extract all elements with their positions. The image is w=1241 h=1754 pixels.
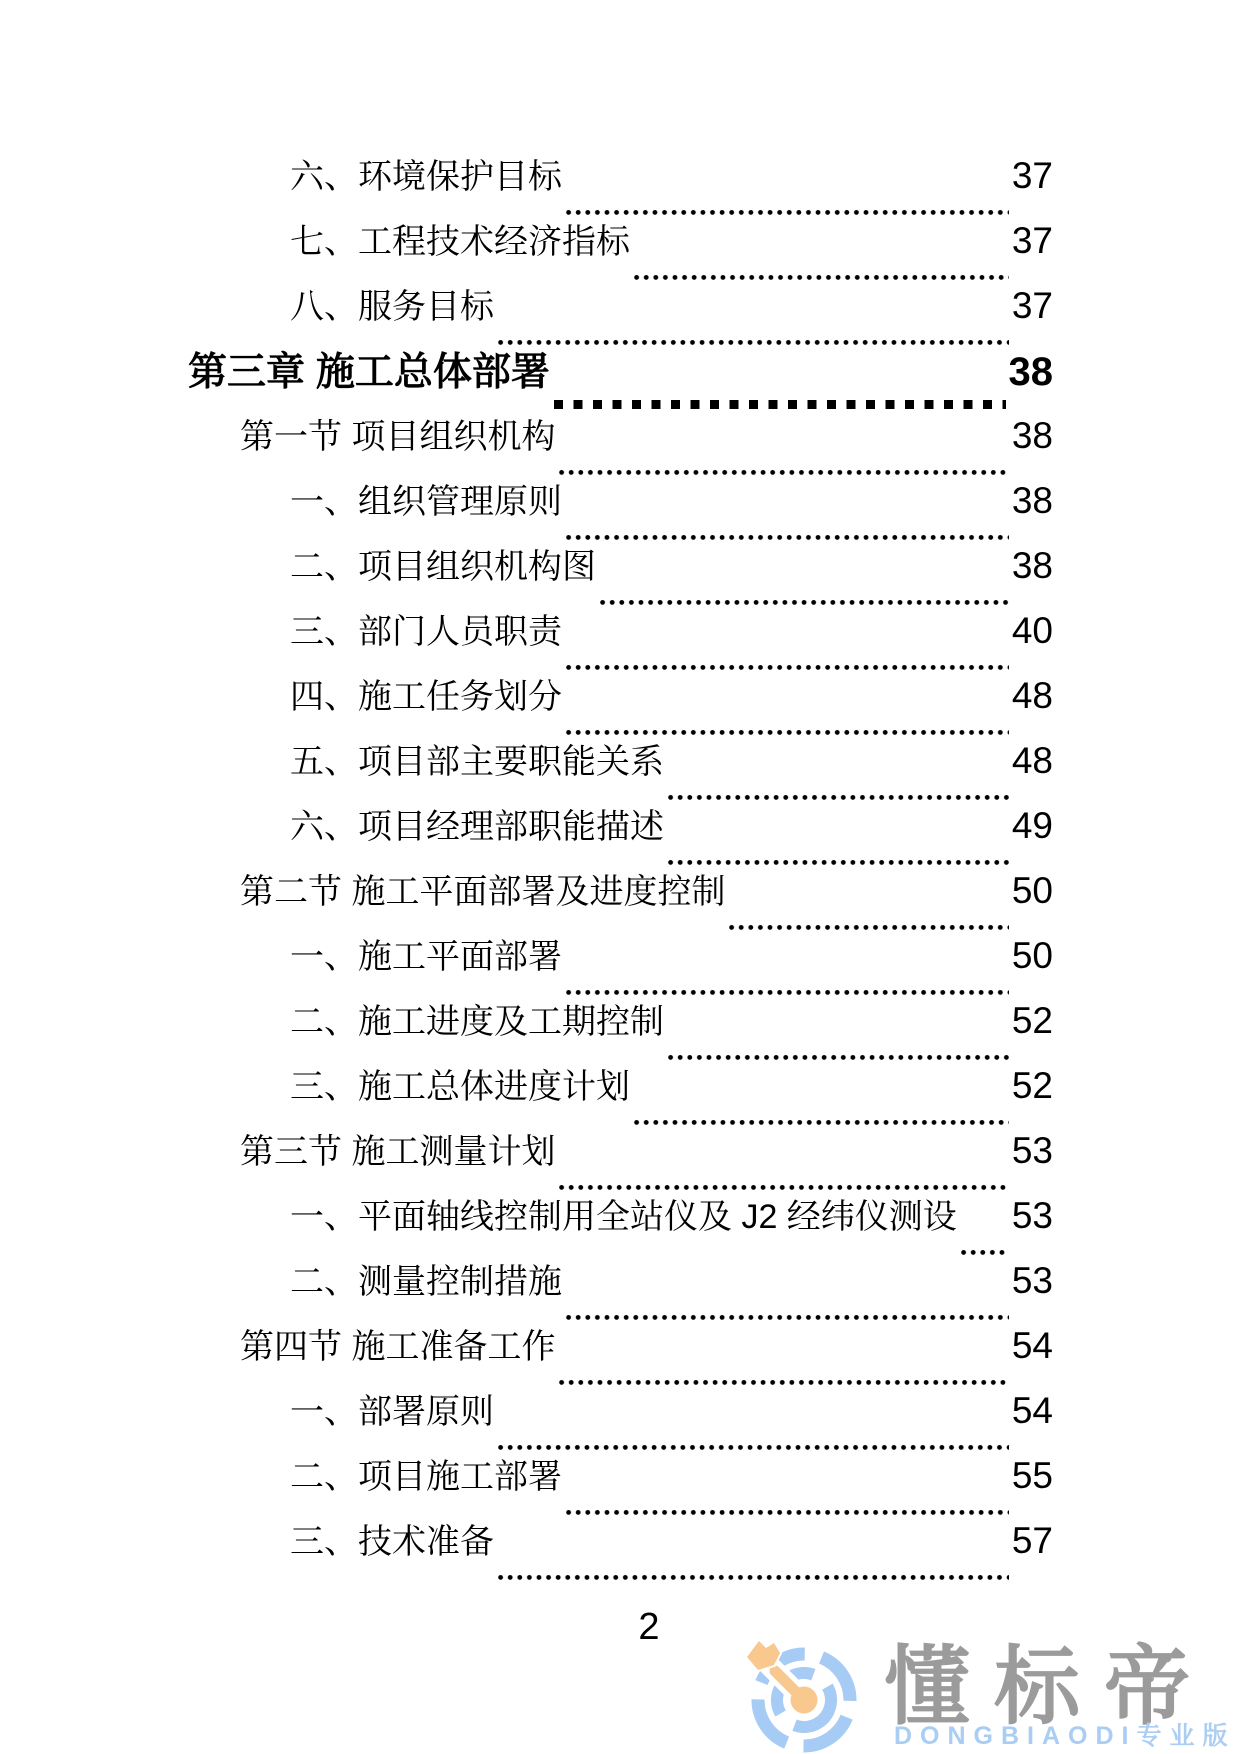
dot-leader (566, 209, 1009, 216)
toc-entry[interactable]: 一、施工平面部署 50 (188, 937, 1053, 1002)
dot-leader (668, 794, 1009, 801)
toc-entry-page-number: 50 (1012, 872, 1053, 909)
dot-leader (559, 469, 1008, 476)
toc-entry-label: 二、项目施工部署 (290, 1460, 562, 1494)
dot-leader (566, 729, 1009, 736)
toc-entry[interactable]: 一、部署原则 54 (188, 1392, 1053, 1457)
toc-entry-label: 第三章 施工总体部署 (188, 353, 550, 392)
toc-entry-label: 三、部门人员职责 (290, 615, 562, 649)
toc-entry-page-number: 54 (1012, 1392, 1053, 1429)
watermark-subtext: DONGBIAODI专业版 (894, 1724, 1236, 1749)
toc-entry[interactable]: 八、服务目标 37 (188, 287, 1053, 352)
toc-entry-page-number: 52 (1012, 1002, 1053, 1039)
toc-entry-page-number: 53 (1012, 1262, 1053, 1299)
toc-entry-page-number: 37 (1012, 287, 1053, 324)
toc-entry-page-number: 55 (1012, 1457, 1053, 1494)
dot-leader (498, 1444, 1009, 1451)
dot-leader (559, 1184, 1008, 1191)
dot-leader (566, 664, 1009, 671)
toc-entry[interactable]: 一、组织管理原则 38 (188, 482, 1053, 547)
toc-entry[interactable]: 一、平面轴线控制用全站仪及 J2 经纬仪测设 53 (188, 1197, 1053, 1262)
dot-leader (668, 859, 1009, 866)
toc-entry-label: 一、部署原则 (290, 1395, 494, 1429)
toc-entry-page-number: 38 (1009, 352, 1054, 392)
dot-leader (961, 1249, 1009, 1256)
toc-entry[interactable]: 六、环境保护目标 37 (188, 157, 1053, 222)
toc-entry-label: 一、组织管理原则 (290, 485, 562, 519)
toc-entry[interactable]: 二、项目组织机构图 38 (188, 547, 1053, 612)
dartboard-target-icon (744, 1640, 864, 1754)
dot-leader (566, 989, 1009, 996)
dot-leader (554, 400, 1006, 409)
toc-entry[interactable]: 第一节 项目组织机构 38 (188, 417, 1053, 482)
toc-entry-label: 三、施工总体进度计划 (290, 1070, 630, 1104)
toc-entry[interactable]: 三、施工总体进度计划 52 (188, 1067, 1053, 1132)
table-of-contents: 六、环境保护目标 37 七、工程技术经济指标 37 八、服务目标 37 第三章 … (188, 157, 1053, 1587)
toc-entry[interactable]: 第二节 施工平面部署及进度控制 50 (188, 872, 1053, 937)
toc-entry[interactable]: 二、施工进度及工期控制 52 (188, 1002, 1053, 1067)
toc-entry-page-number: 49 (1012, 807, 1053, 844)
dot-leader (634, 1119, 1009, 1126)
toc-entry-label: 二、测量控制措施 (290, 1265, 562, 1299)
dot-leader (600, 599, 1009, 606)
toc-entry[interactable]: 三、部门人员职责 40 (188, 612, 1053, 677)
toc-entry-page-number: 40 (1012, 612, 1053, 649)
footer-page-number: 2 (589, 1608, 709, 1646)
dot-leader (566, 1509, 1009, 1516)
toc-entry[interactable]: 第四节 施工准备工作 54 (188, 1327, 1053, 1392)
toc-entry[interactable]: 四、施工任务划分 48 (188, 677, 1053, 742)
toc-entry-page-number: 38 (1012, 547, 1053, 584)
toc-entry-label: 第四节 施工准备工作 (240, 1330, 555, 1364)
toc-entry[interactable]: 第三节 施工测量计划 53 (188, 1132, 1053, 1197)
toc-entry-page-number: 53 (1012, 1197, 1053, 1234)
dot-leader (498, 1574, 1009, 1581)
toc-entry-label: 二、项目组织机构图 (290, 550, 596, 584)
toc-entry[interactable]: 二、测量控制措施 53 (188, 1262, 1053, 1327)
toc-entry-label: 一、平面轴线控制用全站仪及 J2 经纬仪测设 (290, 1200, 957, 1234)
dot-leader (634, 274, 1009, 281)
dot-leader (559, 1379, 1008, 1386)
toc-entry-label: 六、项目经理部职能描述 (290, 810, 664, 844)
toc-entry-label: 六、环境保护目标 (290, 160, 562, 194)
toc-entry-label: 三、技术准备 (290, 1525, 494, 1559)
toc-entry[interactable]: 第三章 施工总体部署 38 (188, 352, 1053, 417)
toc-entry-page-number: 57 (1012, 1522, 1053, 1559)
toc-entry-label: 四、施工任务划分 (290, 680, 562, 714)
toc-entry[interactable]: 七、工程技术经济指标 37 (188, 222, 1053, 287)
toc-entry-page-number: 53 (1012, 1132, 1053, 1169)
toc-entry-page-number: 38 (1012, 417, 1053, 454)
toc-entry-label: 五、项目部主要职能关系 (290, 745, 664, 779)
toc-entry[interactable]: 三、技术准备 57 (188, 1522, 1053, 1587)
toc-entry-label: 八、服务目标 (290, 290, 494, 324)
toc-entry-label: 第一节 项目组织机构 (240, 420, 555, 454)
toc-entry-page-number: 48 (1012, 742, 1053, 779)
toc-entry-label: 一、施工平面部署 (290, 940, 562, 974)
toc-entry-label: 第二节 施工平面部署及进度控制 (240, 875, 725, 909)
toc-entry[interactable]: 六、项目经理部职能描述 49 (188, 807, 1053, 872)
dot-leader (668, 1054, 1009, 1061)
dot-leader (498, 339, 1009, 346)
toc-entry[interactable]: 二、项目施工部署 55 (188, 1457, 1053, 1522)
toc-entry-page-number: 48 (1012, 677, 1053, 714)
toc-entry-label: 第三节 施工测量计划 (240, 1135, 555, 1169)
toc-entry-page-number: 37 (1012, 157, 1053, 194)
toc-entry-label: 七、工程技术经济指标 (290, 225, 630, 259)
toc-entry-page-number: 54 (1012, 1327, 1053, 1364)
watermark-brand-text: 懂标帝 (884, 1644, 1214, 1730)
dot-leader (729, 924, 1008, 931)
toc-entry-page-number: 50 (1012, 937, 1053, 974)
toc-entry-label: 二、施工进度及工期控制 (290, 1005, 664, 1039)
dot-leader (566, 534, 1009, 541)
toc-entry-page-number: 52 (1012, 1067, 1053, 1104)
dot-leader (566, 1314, 1009, 1321)
toc-entry-page-number: 38 (1012, 482, 1053, 519)
toc-entry-page-number: 37 (1012, 222, 1053, 259)
toc-entry[interactable]: 五、项目部主要职能关系 48 (188, 742, 1053, 807)
